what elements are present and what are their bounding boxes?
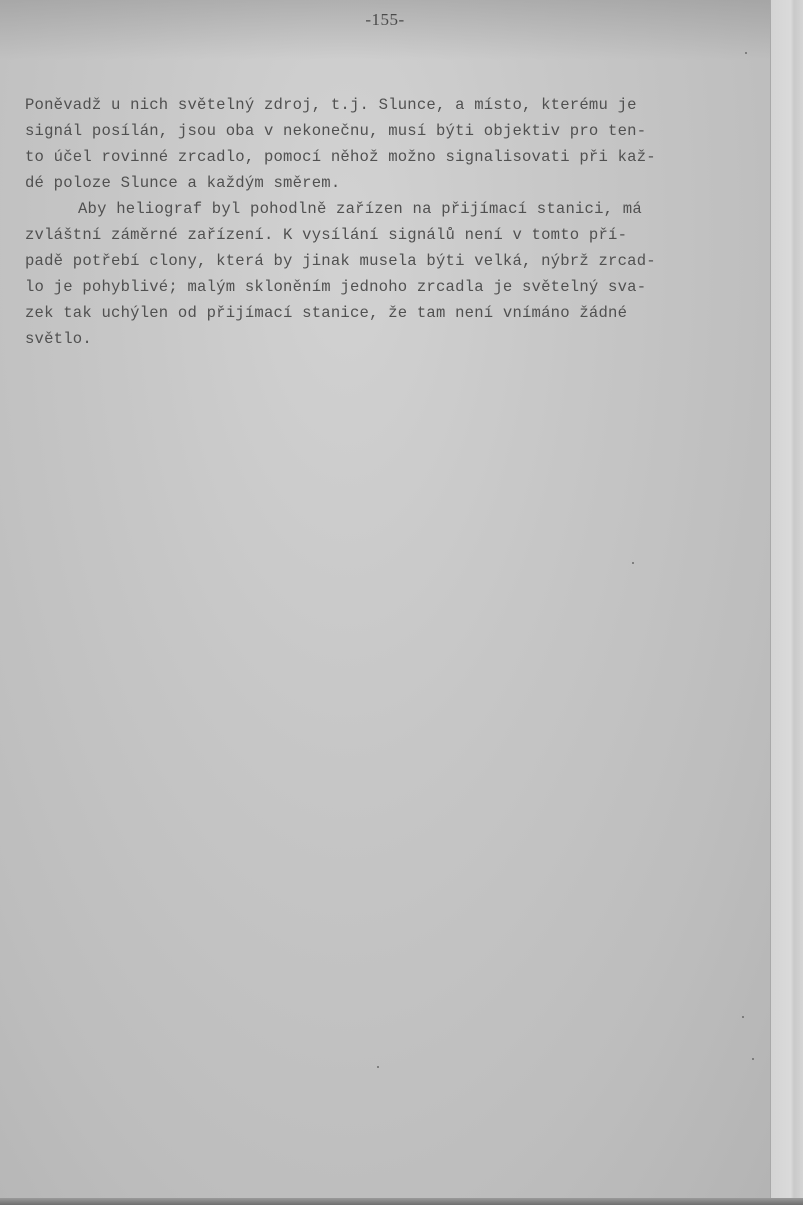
text-line: padě potřebí clony, která by jinak musel… [25, 248, 755, 274]
text-line: světlo. [25, 326, 755, 352]
scan-speck [742, 1016, 744, 1018]
text-line: zvláštní záměrné zařízení. K vysílání si… [25, 222, 755, 248]
page-number: -155- [0, 10, 770, 30]
scan-speck [377, 1066, 379, 1068]
text-line: signál posílán, jsou oba v nekonečnu, mu… [25, 118, 755, 144]
page-edge-strip [770, 0, 803, 1205]
text-line: Poněvadž u nich světelný zdroj, t.j. Slu… [25, 92, 755, 118]
text-line: Aby heliograf byl pohodlně zařízen na př… [25, 196, 755, 222]
text-line: to účel rovinné zrcadlo, pomocí něhož mo… [25, 144, 755, 170]
paragraph-1: Poněvadž u nich světelný zdroj, t.j. Slu… [25, 92, 755, 196]
text-line: dé poloze Slunce a každým směrem. [25, 170, 755, 196]
page-bottom-edge [0, 1198, 803, 1205]
scan-speck [752, 1058, 754, 1060]
text-line: lo je pohyblivé; malým skloněním jednoho… [25, 274, 755, 300]
typewritten-text: Poněvadž u nich světelný zdroj, t.j. Slu… [25, 92, 755, 352]
scan-speck [745, 52, 747, 54]
scan-speck [632, 562, 634, 564]
text-line: zek tak uchýlen od přijímací stanice, že… [25, 300, 755, 326]
scanned-page: -155- Poněvadž u nich světelný zdroj, t.… [0, 0, 770, 1198]
paragraph-2: Aby heliograf byl pohodlně zařízen na př… [25, 196, 755, 352]
